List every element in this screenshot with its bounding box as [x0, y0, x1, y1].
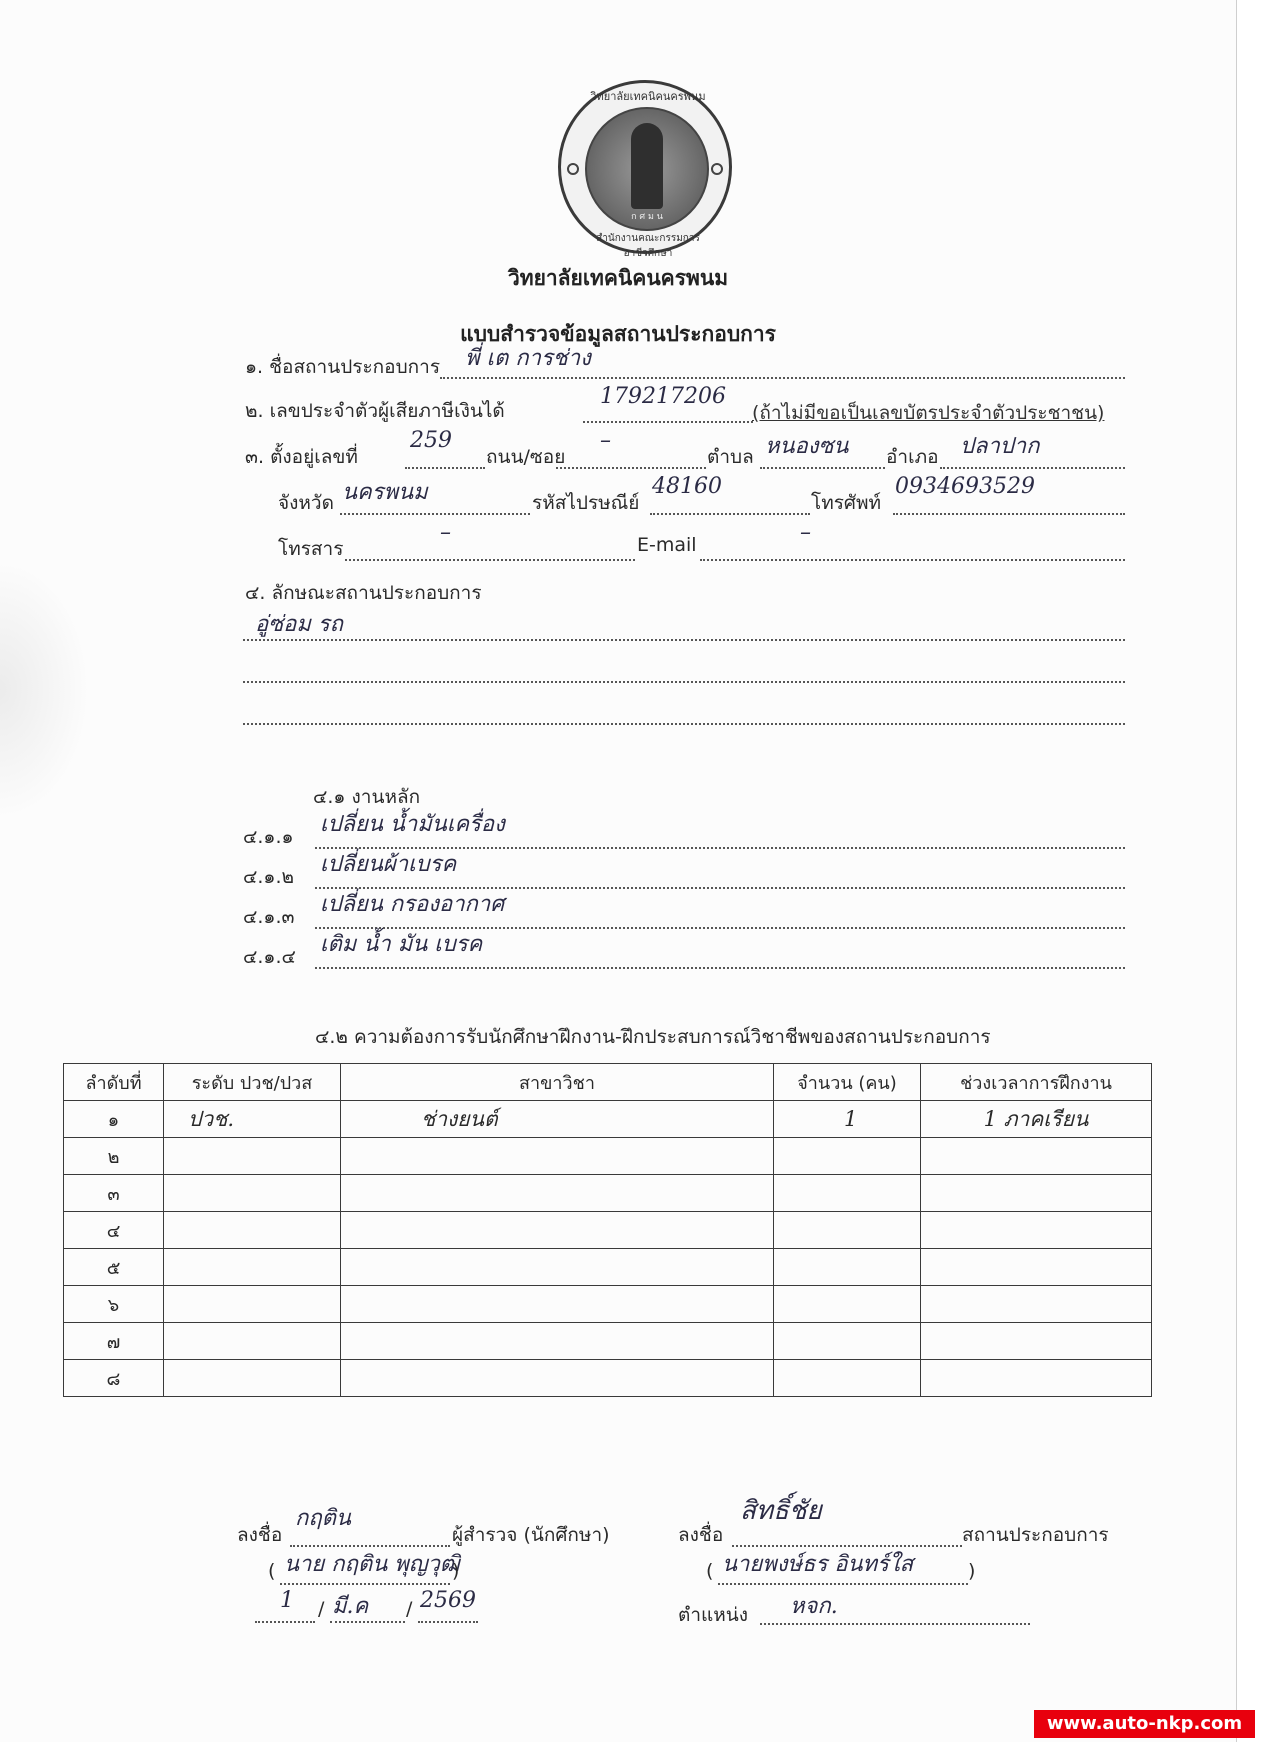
- field-road-line: [556, 466, 706, 469]
- field-province-value[interactable]: นครพนม: [342, 474, 428, 509]
- cell-order: ๘: [64, 1360, 164, 1397]
- college-name: วิทยาลัยเทคนิคนครพนม: [0, 262, 1236, 295]
- cell-level[interactable]: ปวช.: [164, 1101, 341, 1138]
- college-seal-logo: วิทยาลัยเทคนิคนครพนม ก ศ ม น สำนักงานคณะ…: [558, 80, 732, 254]
- cell-major[interactable]: [341, 1249, 774, 1286]
- cell-level[interactable]: [164, 1360, 341, 1397]
- field-business-type-line-2: [243, 680, 1125, 683]
- field-address-no-label: ๓. ตั้งอยู่เลขที่: [245, 442, 358, 472]
- business-sign-label: ลงชื่อ: [678, 1520, 723, 1550]
- surveyor-name-close: ): [452, 1560, 459, 1582]
- cell-major[interactable]: [341, 1286, 774, 1323]
- field-postcode-line: [650, 512, 810, 515]
- surveyor-signature[interactable]: กฤติน: [295, 1500, 351, 1535]
- field-email-value[interactable]: –: [800, 520, 811, 545]
- field-business-name-line: [440, 376, 1125, 379]
- cell-order: ๓: [64, 1175, 164, 1212]
- field-business-type-line-1: [243, 638, 1125, 641]
- table-row: ๕: [64, 1249, 1152, 1286]
- cell-order: ๒: [64, 1138, 164, 1175]
- surveyor-name-open: (: [268, 1560, 275, 1582]
- cell-count[interactable]: [774, 1212, 921, 1249]
- cell-period[interactable]: [921, 1286, 1152, 1323]
- cell-order: ๑: [64, 1101, 164, 1138]
- field-tax-id-value[interactable]: 179217206: [600, 384, 726, 409]
- field-postcode-value[interactable]: 48160: [652, 474, 722, 499]
- field-business-type-line-3: [243, 722, 1125, 725]
- main-work-item-1-value[interactable]: เปลี่ยน น้ำมันเครื่อง: [320, 806, 505, 841]
- cell-level[interactable]: [164, 1286, 341, 1323]
- seal-text-top: วิทยาลัยเทคนิคนครพนม: [589, 87, 707, 105]
- main-work-item-4-value[interactable]: เติม น้ำ มัน เบรค: [320, 926, 482, 961]
- field-email-line: [700, 558, 1125, 561]
- form-title: แบบสำรวจข้อมูลสถานประกอบการ: [0, 318, 1236, 351]
- column-header-period: ช่วงเวลาการฝึกงาน: [921, 1064, 1152, 1101]
- field-subdistrict-value[interactable]: หนองซน: [765, 428, 848, 463]
- field-business-type-label: ๔. ลักษณะสถานประกอบการ: [245, 578, 482, 608]
- column-header-major: สาขาวิชา: [341, 1064, 774, 1101]
- table-header-row: ลำดับที่ ระดับ ปวช/ปวส สาขาวิชา จำนวน (ค…: [64, 1064, 1152, 1101]
- cell-major[interactable]: [341, 1360, 774, 1397]
- cell-order: ๕: [64, 1249, 164, 1286]
- field-subdistrict-label: ตำบล: [707, 442, 754, 472]
- main-work-item-3-num: ๔.๑.๓: [243, 902, 295, 932]
- cell-period[interactable]: [921, 1175, 1152, 1212]
- main-work-item-4-num: ๔.๑.๔: [243, 942, 296, 972]
- cell-major[interactable]: [341, 1175, 774, 1212]
- business-name-open: (: [706, 1560, 713, 1582]
- requirements-heading: ๔.๒ ความต้องการรับนักศึกษาฝึกงาน-ฝึกประส…: [315, 1022, 991, 1052]
- date-month[interactable]: มี.ค: [332, 1588, 368, 1623]
- cell-major[interactable]: [341, 1212, 774, 1249]
- cell-period[interactable]: [921, 1360, 1152, 1397]
- cell-order: ๔: [64, 1212, 164, 1249]
- cell-major[interactable]: ช่างยนต์: [341, 1101, 774, 1138]
- cell-count[interactable]: [774, 1175, 921, 1212]
- table-row: ๒: [64, 1138, 1152, 1175]
- main-work-item-2-value[interactable]: เปลี่ยนผ้าเบรค: [320, 846, 456, 881]
- date-year[interactable]: 2569: [420, 1588, 476, 1613]
- field-fax-label: โทรสาร: [278, 534, 343, 564]
- table-row: ๑ ปวช. ช่างยนต์ 1 1 ภาคเรียน: [64, 1101, 1152, 1138]
- seal-emblem: ก ศ ม น: [585, 107, 709, 231]
- cell-count[interactable]: [774, 1286, 921, 1323]
- cell-count[interactable]: [774, 1360, 921, 1397]
- cell-period[interactable]: [921, 1212, 1152, 1249]
- table-row: ๘: [64, 1360, 1152, 1397]
- surveyor-sign-label: ลงชื่อ: [237, 1520, 282, 1550]
- column-header-order: ลำดับที่: [64, 1064, 164, 1101]
- cell-order: ๗: [64, 1323, 164, 1360]
- field-tax-id-label: ๒. เลขประจำตัวผู้เสียภาษีเงินได้: [245, 396, 505, 426]
- field-phone-label: โทรศัพท์: [811, 488, 881, 518]
- field-district-line: [940, 466, 1125, 469]
- cell-count[interactable]: [774, 1138, 921, 1175]
- field-province-label: จังหวัด: [278, 488, 334, 518]
- column-header-level: ระดับ ปวช/ปวส: [164, 1064, 341, 1101]
- business-name[interactable]: นายพงษ์ธร อินทร์ใส: [722, 1546, 913, 1581]
- date-sep-2: /: [406, 1598, 412, 1620]
- field-phone-line: [893, 512, 1125, 515]
- cell-count[interactable]: [774, 1323, 921, 1360]
- main-work-item-2-num: ๔.๑.๒: [243, 862, 294, 892]
- cell-level[interactable]: [164, 1323, 341, 1360]
- internship-requirements-table: ลำดับที่ ระดับ ปวช/ปวส สาขาวิชา จำนวน (ค…: [63, 1063, 1152, 1397]
- cell-period[interactable]: 1 ภาคเรียน: [921, 1101, 1152, 1138]
- date-year-line: [418, 1620, 478, 1623]
- table-row: ๖: [64, 1286, 1152, 1323]
- business-role: สถานประกอบการ: [962, 1520, 1109, 1550]
- date-sep-1: /: [318, 1598, 324, 1620]
- cell-major[interactable]: [341, 1138, 774, 1175]
- cell-period[interactable]: [921, 1138, 1152, 1175]
- field-address-no-value[interactable]: 259: [410, 428, 452, 453]
- main-work-item-3-value[interactable]: เปลี่ยน กรองอากาศ: [320, 886, 504, 921]
- cell-level[interactable]: [164, 1249, 341, 1286]
- seal-text-center: ก ศ ม น: [617, 209, 677, 223]
- field-phone-value[interactable]: 0934693529: [895, 474, 1035, 499]
- field-fax-line: [345, 558, 635, 561]
- cell-count[interactable]: [774, 1249, 921, 1286]
- date-day[interactable]: 1: [280, 1588, 294, 1613]
- date-day-line: [255, 1620, 315, 1623]
- business-signature[interactable]: สิทธิ์ชัย: [740, 1490, 822, 1531]
- field-email-label: E-mail: [637, 534, 697, 556]
- cell-count[interactable]: 1: [774, 1101, 921, 1138]
- field-subdistrict-line: [760, 466, 885, 469]
- seal-dot-left-icon: [567, 163, 579, 175]
- table-row: ๓: [64, 1175, 1152, 1212]
- field-postcode-label: รหัสไปรษณีย์: [532, 488, 639, 518]
- surveyor-name[interactable]: นาย กฤติน พุญวุฒิ: [284, 1546, 460, 1581]
- surveyor-role: ผู้สำรวจ (นักศึกษา): [452, 1520, 610, 1550]
- table-row: ๗: [64, 1323, 1152, 1360]
- field-business-type-value[interactable]: อู่ซ่อม รถ: [255, 606, 343, 641]
- field-business-name-value[interactable]: พี่ เต การช่าง: [465, 340, 591, 375]
- cell-level[interactable]: [164, 1138, 341, 1175]
- seal-dot-right-icon: [711, 163, 723, 175]
- field-district-label: อำเภอ: [886, 442, 939, 472]
- seal-figure-icon: [631, 123, 663, 209]
- business-name-line: [718, 1582, 968, 1585]
- main-work-item-4-line: [315, 966, 1125, 969]
- main-work-item-1-num: ๔.๑.๑: [243, 822, 294, 852]
- seal-text-bottom: สำนักงานคณะกรรมการอาชีวศึกษา: [579, 231, 717, 261]
- survey-form-page: วิทยาลัยเทคนิคนครพนม ก ศ ม น สำนักงานคณะ…: [0, 0, 1237, 1742]
- business-name-close: ): [968, 1560, 975, 1582]
- field-province-line: [340, 512, 530, 515]
- table-row: ๔: [64, 1212, 1152, 1249]
- cell-period[interactable]: [921, 1249, 1152, 1286]
- column-header-count: จำนวน (คน): [774, 1064, 921, 1101]
- field-district-value[interactable]: ปลาปาก: [960, 428, 1039, 463]
- field-road-value[interactable]: –: [600, 428, 611, 453]
- cell-period[interactable]: [921, 1323, 1152, 1360]
- cell-major[interactable]: [341, 1323, 774, 1360]
- field-fax-value[interactable]: –: [440, 520, 451, 545]
- cell-level[interactable]: [164, 1212, 341, 1249]
- surveyor-name-line: [280, 1582, 450, 1585]
- field-business-name-label: ๑. ชื่อสถานประกอบการ: [245, 352, 440, 382]
- field-tax-id-note: (ถ้าไม่มีขอเป็นเลขบัตรประจำตัวประชาชน): [752, 398, 1104, 428]
- field-address-no-line: [405, 466, 485, 469]
- business-position-label: ตำแหน่ง: [678, 1600, 748, 1630]
- cell-level[interactable]: [164, 1175, 341, 1212]
- field-tax-id-line: [583, 420, 753, 423]
- business-position-value[interactable]: หจก.: [790, 1588, 838, 1623]
- field-road-label: ถนน/ซอย: [486, 442, 565, 472]
- website-watermark: www.auto-nkp.com: [1034, 1710, 1255, 1738]
- cell-order: ๖: [64, 1286, 164, 1323]
